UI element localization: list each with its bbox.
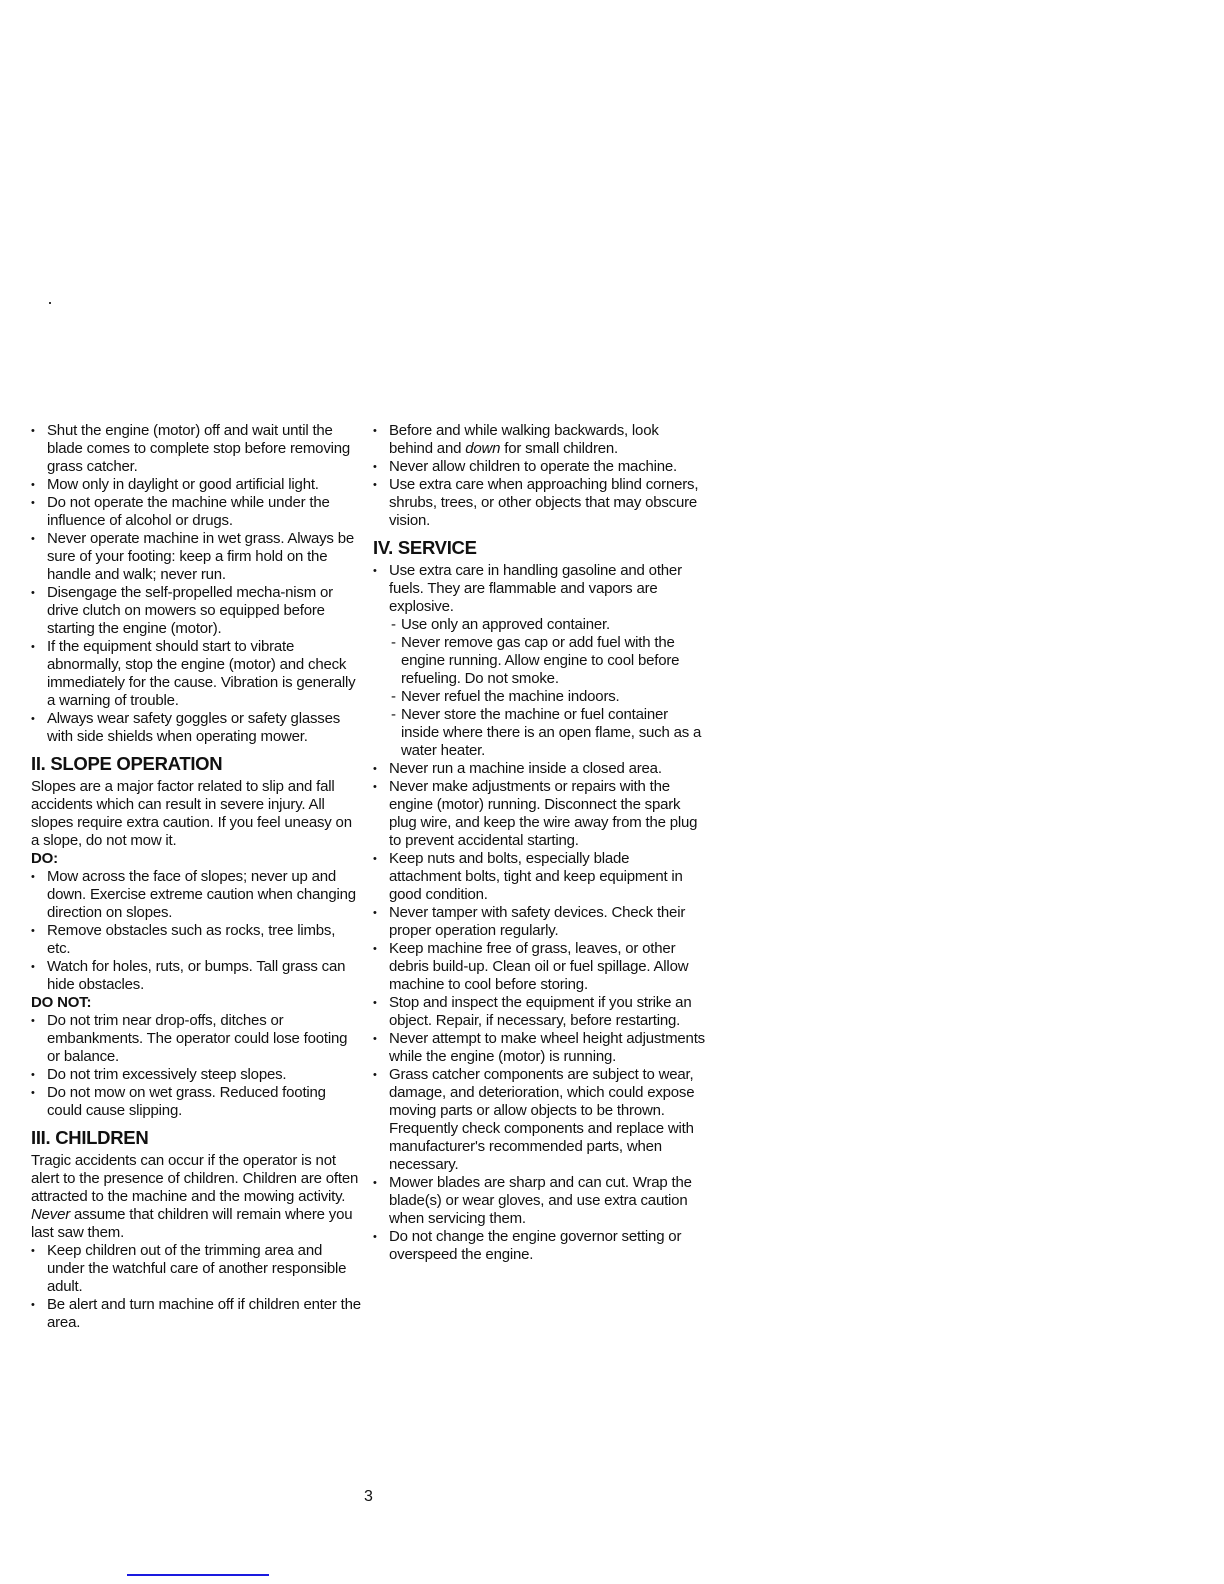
list-item: Mower blades are sharp and can cut. Wrap… <box>373 1174 705 1228</box>
list-item: Remove obstacles such as rocks, tree lim… <box>31 922 361 958</box>
sublist-item: Never remove gas cap or add fuel with th… <box>391 634 705 688</box>
children-intro-text-end: assume that children will remain where y… <box>31 1206 352 1241</box>
list-item-text-end: for small children. <box>500 440 618 457</box>
list-item: Keep machine free of grass, leaves, or o… <box>373 940 705 994</box>
right-column: Before and while walking backwards, look… <box>373 422 705 1264</box>
list-item: Do not change the engine governor settin… <box>373 1228 705 1264</box>
list-item: Be alert and turn machine off if childre… <box>31 1296 361 1332</box>
children-list: Keep children out of the trimming area a… <box>31 1242 361 1332</box>
fuel-sublist: Use only an approved container. Never re… <box>389 616 705 760</box>
fuel-item-text: Use extra care in handling gasoline and … <box>389 562 682 615</box>
children-intro: Tragic accidents can occur if the operat… <box>31 1152 361 1242</box>
general-safety-list: Shut the engine (motor) off and wait unt… <box>31 422 361 746</box>
list-item: Keep nuts and bolts, especially blade at… <box>373 850 705 904</box>
list-item: Grass catcher components are subject to … <box>373 1066 705 1174</box>
list-item: Do not trim excessively steep slopes. <box>31 1066 361 1084</box>
sublist-item: Never refuel the machine indoors. <box>391 688 705 706</box>
list-item: Stop and inspect the equipment if you st… <box>373 994 705 1030</box>
children-intro-emphasis: Never <box>31 1206 70 1223</box>
slope-operation-heading: II. SLOPE OPERATION <box>31 753 361 775</box>
list-item: Before and while walking backwards, look… <box>373 422 705 458</box>
slope-do-list: Mow across the face of slopes; never up … <box>31 868 361 994</box>
list-item: Do not operate the machine while under t… <box>31 494 361 530</box>
list-item: Keep children out of the trimming area a… <box>31 1242 361 1296</box>
list-item: Mow only in daylight or good artificial … <box>31 476 361 494</box>
do-not-label: DO NOT: <box>31 994 361 1012</box>
list-item: Do not mow on wet grass. Reduced footing… <box>31 1084 361 1120</box>
list-item: Disengage the self-propelled mecha-nism … <box>31 584 361 638</box>
children-intro-text: Tragic accidents can occur if the operat… <box>31 1152 358 1205</box>
children-heading: III. CHILDREN <box>31 1127 361 1149</box>
slope-do-not-list: Do not trim near drop-offs, ditches or e… <box>31 1012 361 1120</box>
do-label: DO: <box>31 850 361 868</box>
list-item: Shut the engine (motor) off and wait unt… <box>31 422 361 476</box>
list-item: Never operate machine in wet grass. Alwa… <box>31 530 361 584</box>
list-item: Watch for holes, ruts, or bumps. Tall gr… <box>31 958 361 994</box>
list-item: Never tamper with safety devices. Check … <box>373 904 705 940</box>
page-number: 3 <box>364 1488 373 1506</box>
list-item: Use extra care when approaching blind co… <box>373 476 705 530</box>
list-item: Never allow children to operate the mach… <box>373 458 705 476</box>
service-list: Use extra care in handling gasoline and … <box>373 562 705 1264</box>
list-item: Never run a machine inside a closed area… <box>373 760 705 778</box>
list-item: Never attempt to make wheel height adjus… <box>373 1030 705 1066</box>
list-item-emphasis: down <box>465 440 500 457</box>
list-item: Use extra care in handling gasoline and … <box>373 562 705 760</box>
children-list-continued: Before and while walking backwards, look… <box>373 422 705 530</box>
stray-mark <box>49 302 51 304</box>
service-heading: IV. SERVICE <box>373 537 705 559</box>
list-item: Always wear safety goggles or safety gla… <box>31 710 361 746</box>
left-column: Shut the engine (motor) off and wait unt… <box>31 422 361 1332</box>
footer-rule <box>127 1574 269 1576</box>
list-item: Never make adjustments or repairs with t… <box>373 778 705 850</box>
sublist-item: Use only an approved container. <box>391 616 705 634</box>
sublist-item: Never store the machine or fuel containe… <box>391 706 705 760</box>
list-item: If the equipment should start to vibrate… <box>31 638 361 710</box>
slope-intro: Slopes are a major factor related to sli… <box>31 778 361 850</box>
list-item: Do not trim near drop-offs, ditches or e… <box>31 1012 361 1066</box>
list-item: Mow across the face of slopes; never up … <box>31 868 361 922</box>
